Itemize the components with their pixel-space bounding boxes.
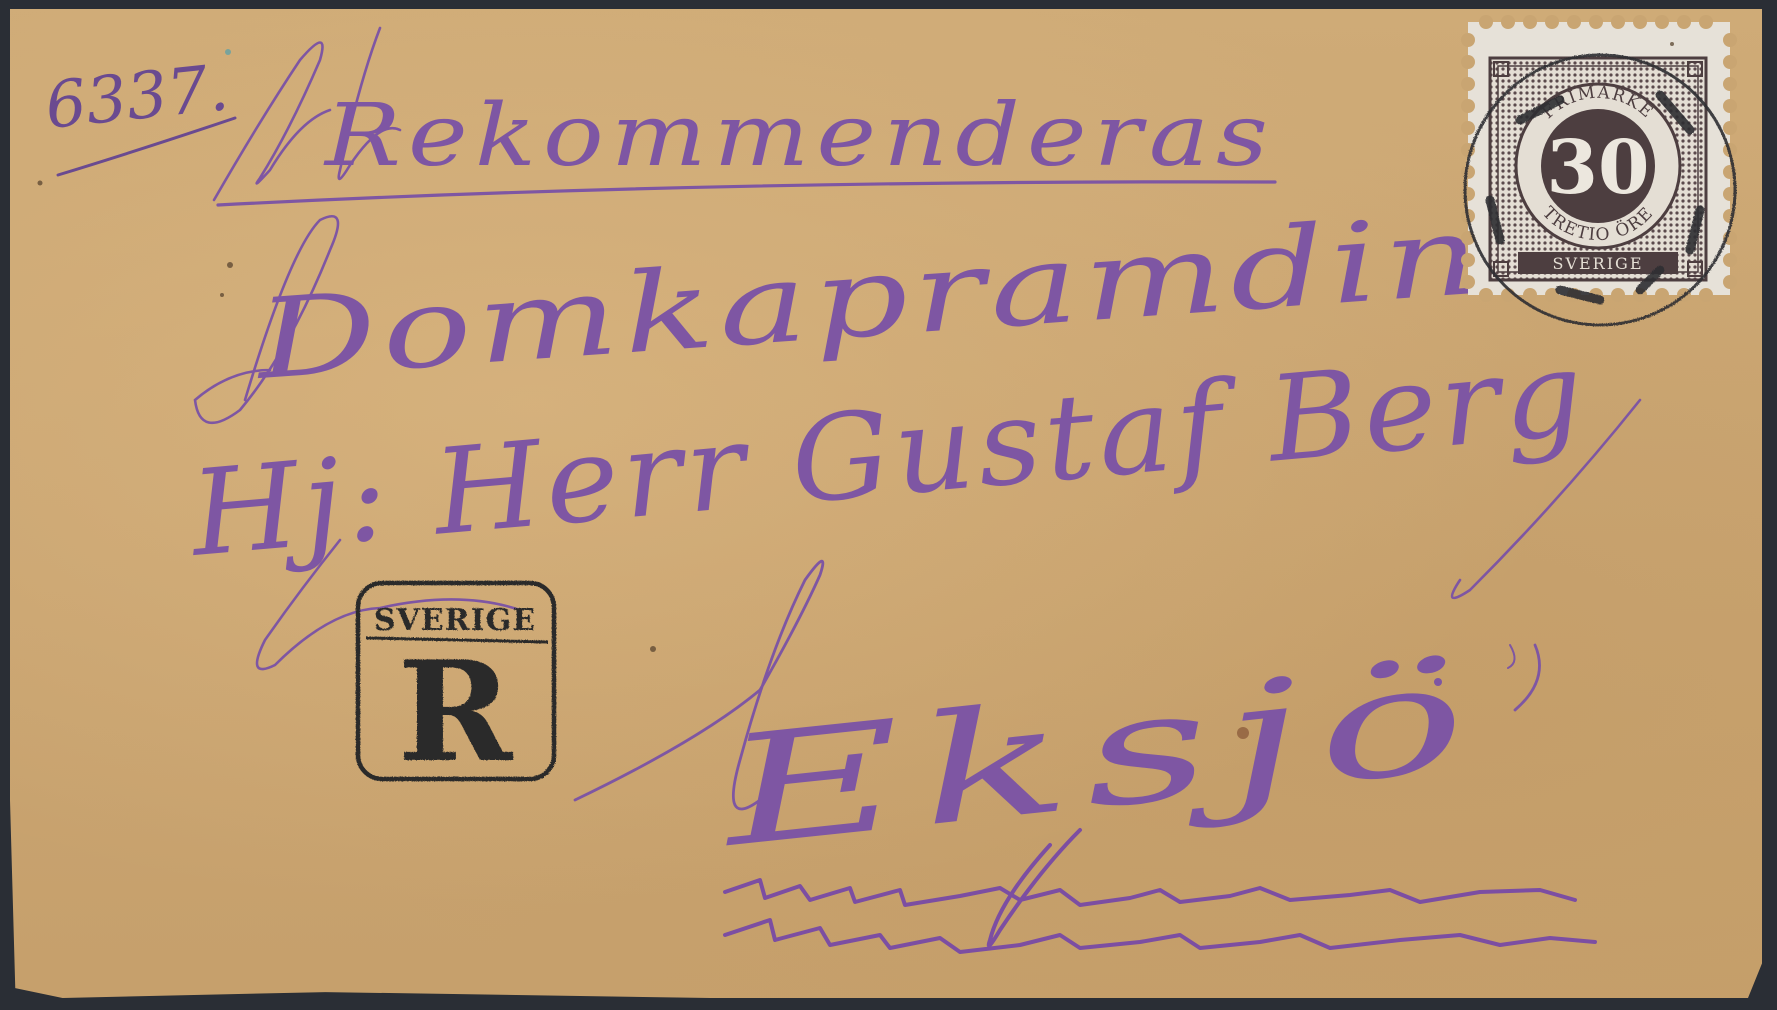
svg-text:SVERIGE: SVERIGE <box>1552 254 1643 273</box>
svg-text:30: 30 <box>1547 125 1650 211</box>
svg-text:Eksjö: Eksjö <box>711 628 1490 881</box>
svg-text:R: R <box>398 630 514 793</box>
instruction-rekommenderas: Rekommenderas <box>214 28 1275 205</box>
postage-stamp: 30 FRIMÄRKE TRETIO ÖRE SVERIGE <box>1461 15 1737 302</box>
destination-city: Eksjö <box>575 561 1540 881</box>
reference-number: 6337. <box>42 51 235 175</box>
svg-text:Rekommenderas: Rekommenderas <box>323 86 1275 186</box>
envelope-photo: 6337. Rekommenderas Domkapramdin Hj: Her… <box>0 0 1777 1010</box>
registration-cachet: SVERIGE R <box>358 583 554 793</box>
ink-layer: 6337. Rekommenderas Domkapramdin Hj: Her… <box>0 0 1777 1010</box>
